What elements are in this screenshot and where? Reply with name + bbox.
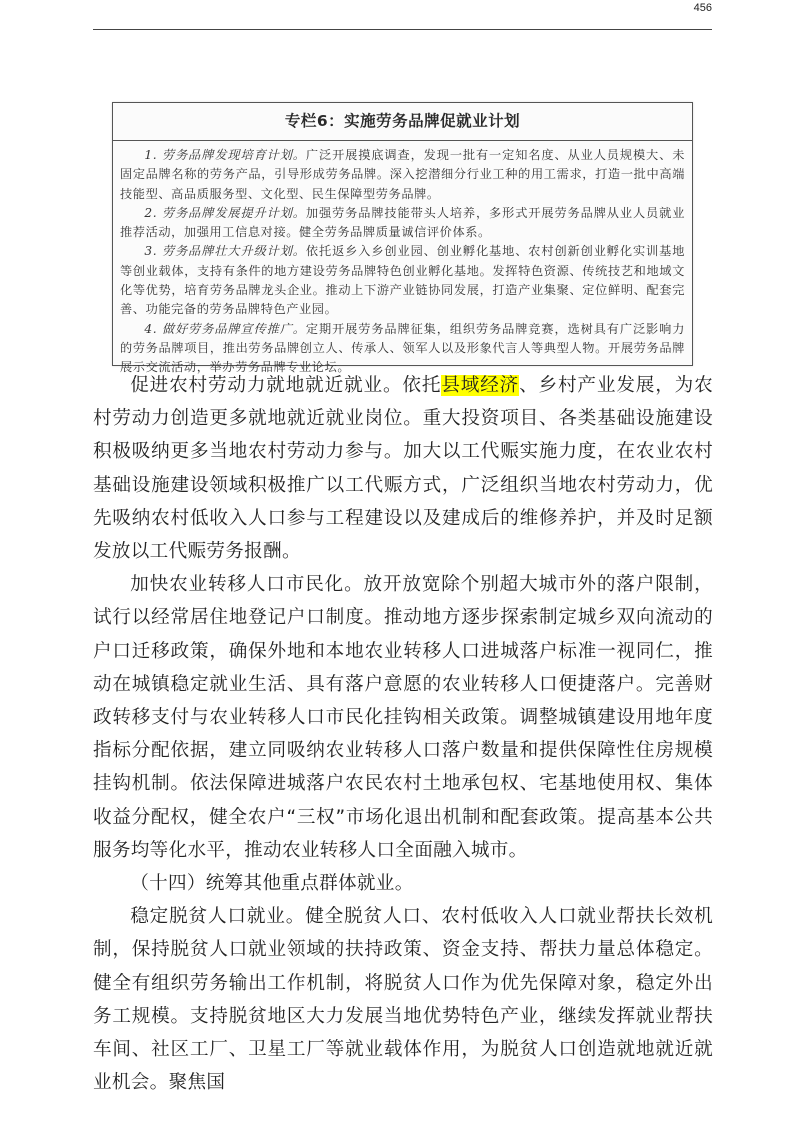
header-rule — [93, 29, 712, 30]
panel-item: 3. 劳务品牌壮大升级计划。依托返乡入乡创业园、创业孵化基地、农村创新创业孵化实… — [120, 242, 685, 319]
highlighted-term: 县域经济 — [441, 375, 519, 396]
sidebar-panel-box: 专栏6：实施劳务品牌促就业计划 1. 劳务品牌发现培育计划。广泛开展摸底调查，发… — [112, 102, 693, 366]
panel-item-lead: 2. 劳务品牌发展提升计划。 — [144, 206, 306, 220]
paragraph-rural-employment: 促进农村劳动力就地就近就业。依托县域经济、乡村产业发展，为农村劳动力创造更多就地… — [93, 369, 713, 568]
paragraph-text: 、乡村产业发展，为农村劳动力创造更多就地就近就业岗位。重大投资项目、各类基础设施… — [93, 375, 713, 562]
section-heading: （十四）统筹其他重点群体就业。 — [93, 867, 713, 900]
paragraph-poverty-employment: 稳定脱贫人口就业。健全脱贫人口、农村低收入人口就业帮扶长效机制，保持脱贫人口就业… — [93, 900, 713, 1099]
panel-item-lead: 4. 做好劳务品牌宣传推广。 — [144, 322, 306, 336]
main-body: 促进农村劳动力就地就近就业。依托县域经济、乡村产业发展，为农村劳动力创造更多就地… — [93, 369, 713, 1099]
panel-item-lead: 3. 劳务品牌壮大升级计划。 — [144, 244, 306, 258]
paragraph-urbanization: 加快农业转移人口市民化。放开放宽除个别超大城市外的落户限制，试行以经常居住地登记… — [93, 568, 713, 867]
panel-title: 专栏6：实施劳务品牌促就业计划 — [113, 103, 692, 141]
panel-item: 1. 劳务品牌发现培育计划。广泛开展摸底调查，发现一批有一定知名度、从业人员规模… — [120, 146, 685, 204]
panel-body: 1. 劳务品牌发现培育计划。广泛开展摸底调查，发现一批有一定知名度、从业人员规模… — [113, 141, 692, 378]
paragraph-text: 促进农村劳动力就地就近就业。依托 — [130, 375, 441, 396]
page-number: 456 — [676, 0, 712, 16]
panel-item-lead: 1. 劳务品牌发现培育计划。 — [144, 148, 306, 162]
panel-item: 2. 劳务品牌发展提升计划。加强劳务品牌技能带头人培养，多形式开展劳务品牌从业人… — [120, 204, 685, 243]
